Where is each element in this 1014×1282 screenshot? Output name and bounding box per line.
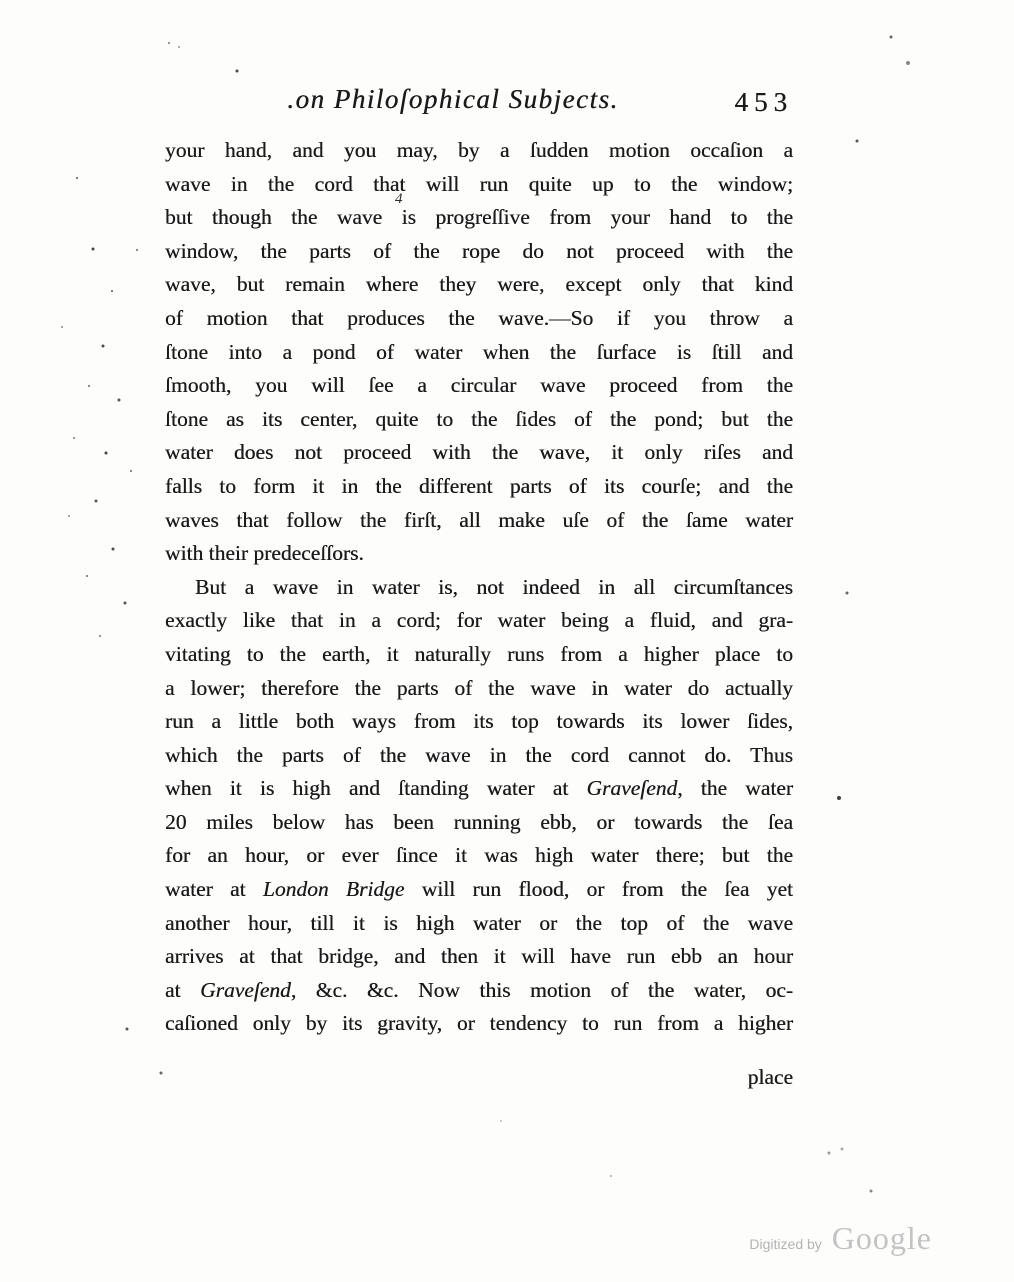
text-line: caſioned only by its gravity, or tendenc… [165,1007,793,1041]
page-number: 453 [735,87,794,118]
text-segment: ſmooth, you will ſee a circular wave pro… [165,373,793,397]
text-segment: water does not proceed with the wave, it… [165,440,793,464]
italic-text: Graveſend [200,978,291,1002]
text-line: arrives at that bridge, and then it will… [165,940,793,974]
text-segment: run a little both ways from its top towa… [165,709,793,733]
text-segment: caſioned only by its gravity, or tendenc… [165,1011,793,1035]
text-segment: will run flood, or from the ſea yet [404,877,793,901]
stray-ink-mark: 4 [395,191,403,208]
text-segment: another hour, till it is high water or t… [165,911,793,935]
text-segment: for an hour, or ever ſince it was high w… [165,843,793,867]
text-line: which the parts of the wave in the cord … [165,739,793,773]
text-line: run a little both ways from its top towa… [165,705,793,739]
text-line: your hand, and you may, by a ſudden moti… [165,134,793,168]
text-line: but though the wave is progreſſive from … [165,201,793,235]
text-line: ſtone into a pond of water when the ſurf… [165,336,793,370]
text-segment: , &c. &c. Now this motion of the water, … [291,978,793,1002]
text-segment: when it is high and ſtanding water at [165,776,586,800]
text-line: for an hour, or ever ſince it was high w… [165,839,793,873]
italic-text: Graveſend [586,776,677,800]
scan-noise-specks [0,0,2,2]
text-line: falls to form it in the different parts … [165,470,793,504]
text-line: But a wave in water is, not indeed in al… [165,571,793,605]
text-segment: arrives at that bridge, and then it will… [165,944,793,968]
text-block: your hand, and you may, by a ſudden moti… [165,134,793,1095]
text-line: at Graveſend, &c. &c. Now this motion of… [165,974,793,1008]
text-segment: , the water [677,776,793,800]
text-segment: wave, but remain where they were, except… [165,272,793,296]
text-line: water does not proceed with the wave, it… [165,436,793,470]
catchword-line: place [165,1061,793,1095]
text-segment: with their predeceſſors. [165,541,364,565]
text-segment: 20 miles below has been running ebb, or … [165,810,793,834]
text-segment: vitating to the earth, it naturally runs… [165,642,793,666]
text-line: exactly like that in a cord; for water b… [165,604,793,638]
text-line: window, the parts of the rope do not pro… [165,235,793,269]
text-line: water at London Bridge will run flood, o… [165,873,793,907]
google-watermark: Digitized by Google [749,1220,932,1257]
text-segment: but though the wave is progreſſive from … [165,205,793,229]
text-line: waves that follow the firſt, all make uſ… [165,504,793,538]
paragraph: But a wave in water is, not indeed in al… [165,571,793,1041]
text-segment: wave in the cord that will run quite up … [165,172,793,196]
text-segment: window, the parts of the rope do not pro… [165,239,793,263]
text-segment: ſtone into a pond of water when the ſurf… [165,340,793,364]
text-line: ſtone as its center, quite to the ſides … [165,403,793,437]
text-segment: waves that follow the firſt, all make uſ… [165,508,793,532]
text-segment: exactly like that in a cord; for water b… [165,608,793,632]
text-line: another hour, till it is high water or t… [165,907,793,941]
google-logo: Google [832,1220,932,1257]
text-segment: But a wave in water is, not indeed in al… [195,575,793,599]
text-line: a lower; therefore the parts of the wave… [165,672,793,706]
text-segment: a lower; therefore the parts of the wave… [165,676,793,700]
text-line: vitating to the earth, it naturally runs… [165,638,793,672]
text-line: with their predeceſſors. [165,537,793,571]
italic-text: London Bridge [263,877,405,901]
text-segment: water at [165,877,263,901]
catchword: place [748,1065,793,1089]
text-line: ſmooth, you will ſee a circular wave pro… [165,369,793,403]
digitized-by-label: Digitized by [749,1236,821,1252]
book-page-scan: .on Philoſophical Subjects. 453 your han… [0,0,1014,1282]
text-segment: which the parts of the wave in the cord … [165,743,793,767]
paragraphs-container: your hand, and you may, by a ſudden moti… [165,134,793,1041]
text-segment: falls to form it in the different parts … [165,474,793,498]
running-title: .on Philoſophical Subjects. [139,84,767,115]
text-line: wave in the cord that will run quite up … [165,168,793,202]
text-segment: your hand, and you may, by a ſudden moti… [165,138,793,162]
paragraph: your hand, and you may, by a ſudden moti… [165,134,793,571]
text-segment: of motion that produces the wave.—So if … [165,306,793,330]
text-line: when it is high and ſtanding water at Gr… [165,772,793,806]
text-line: wave, but remain where they were, except… [165,268,793,302]
text-segment: ſtone as its center, quite to the ſides … [165,407,793,431]
text-line: 20 miles below has been running ebb, or … [165,806,793,840]
text-segment: at [165,978,200,1002]
page-header: .on Philoſophical Subjects. 453 [165,84,793,126]
text-line: of motion that produces the wave.—So if … [165,302,793,336]
